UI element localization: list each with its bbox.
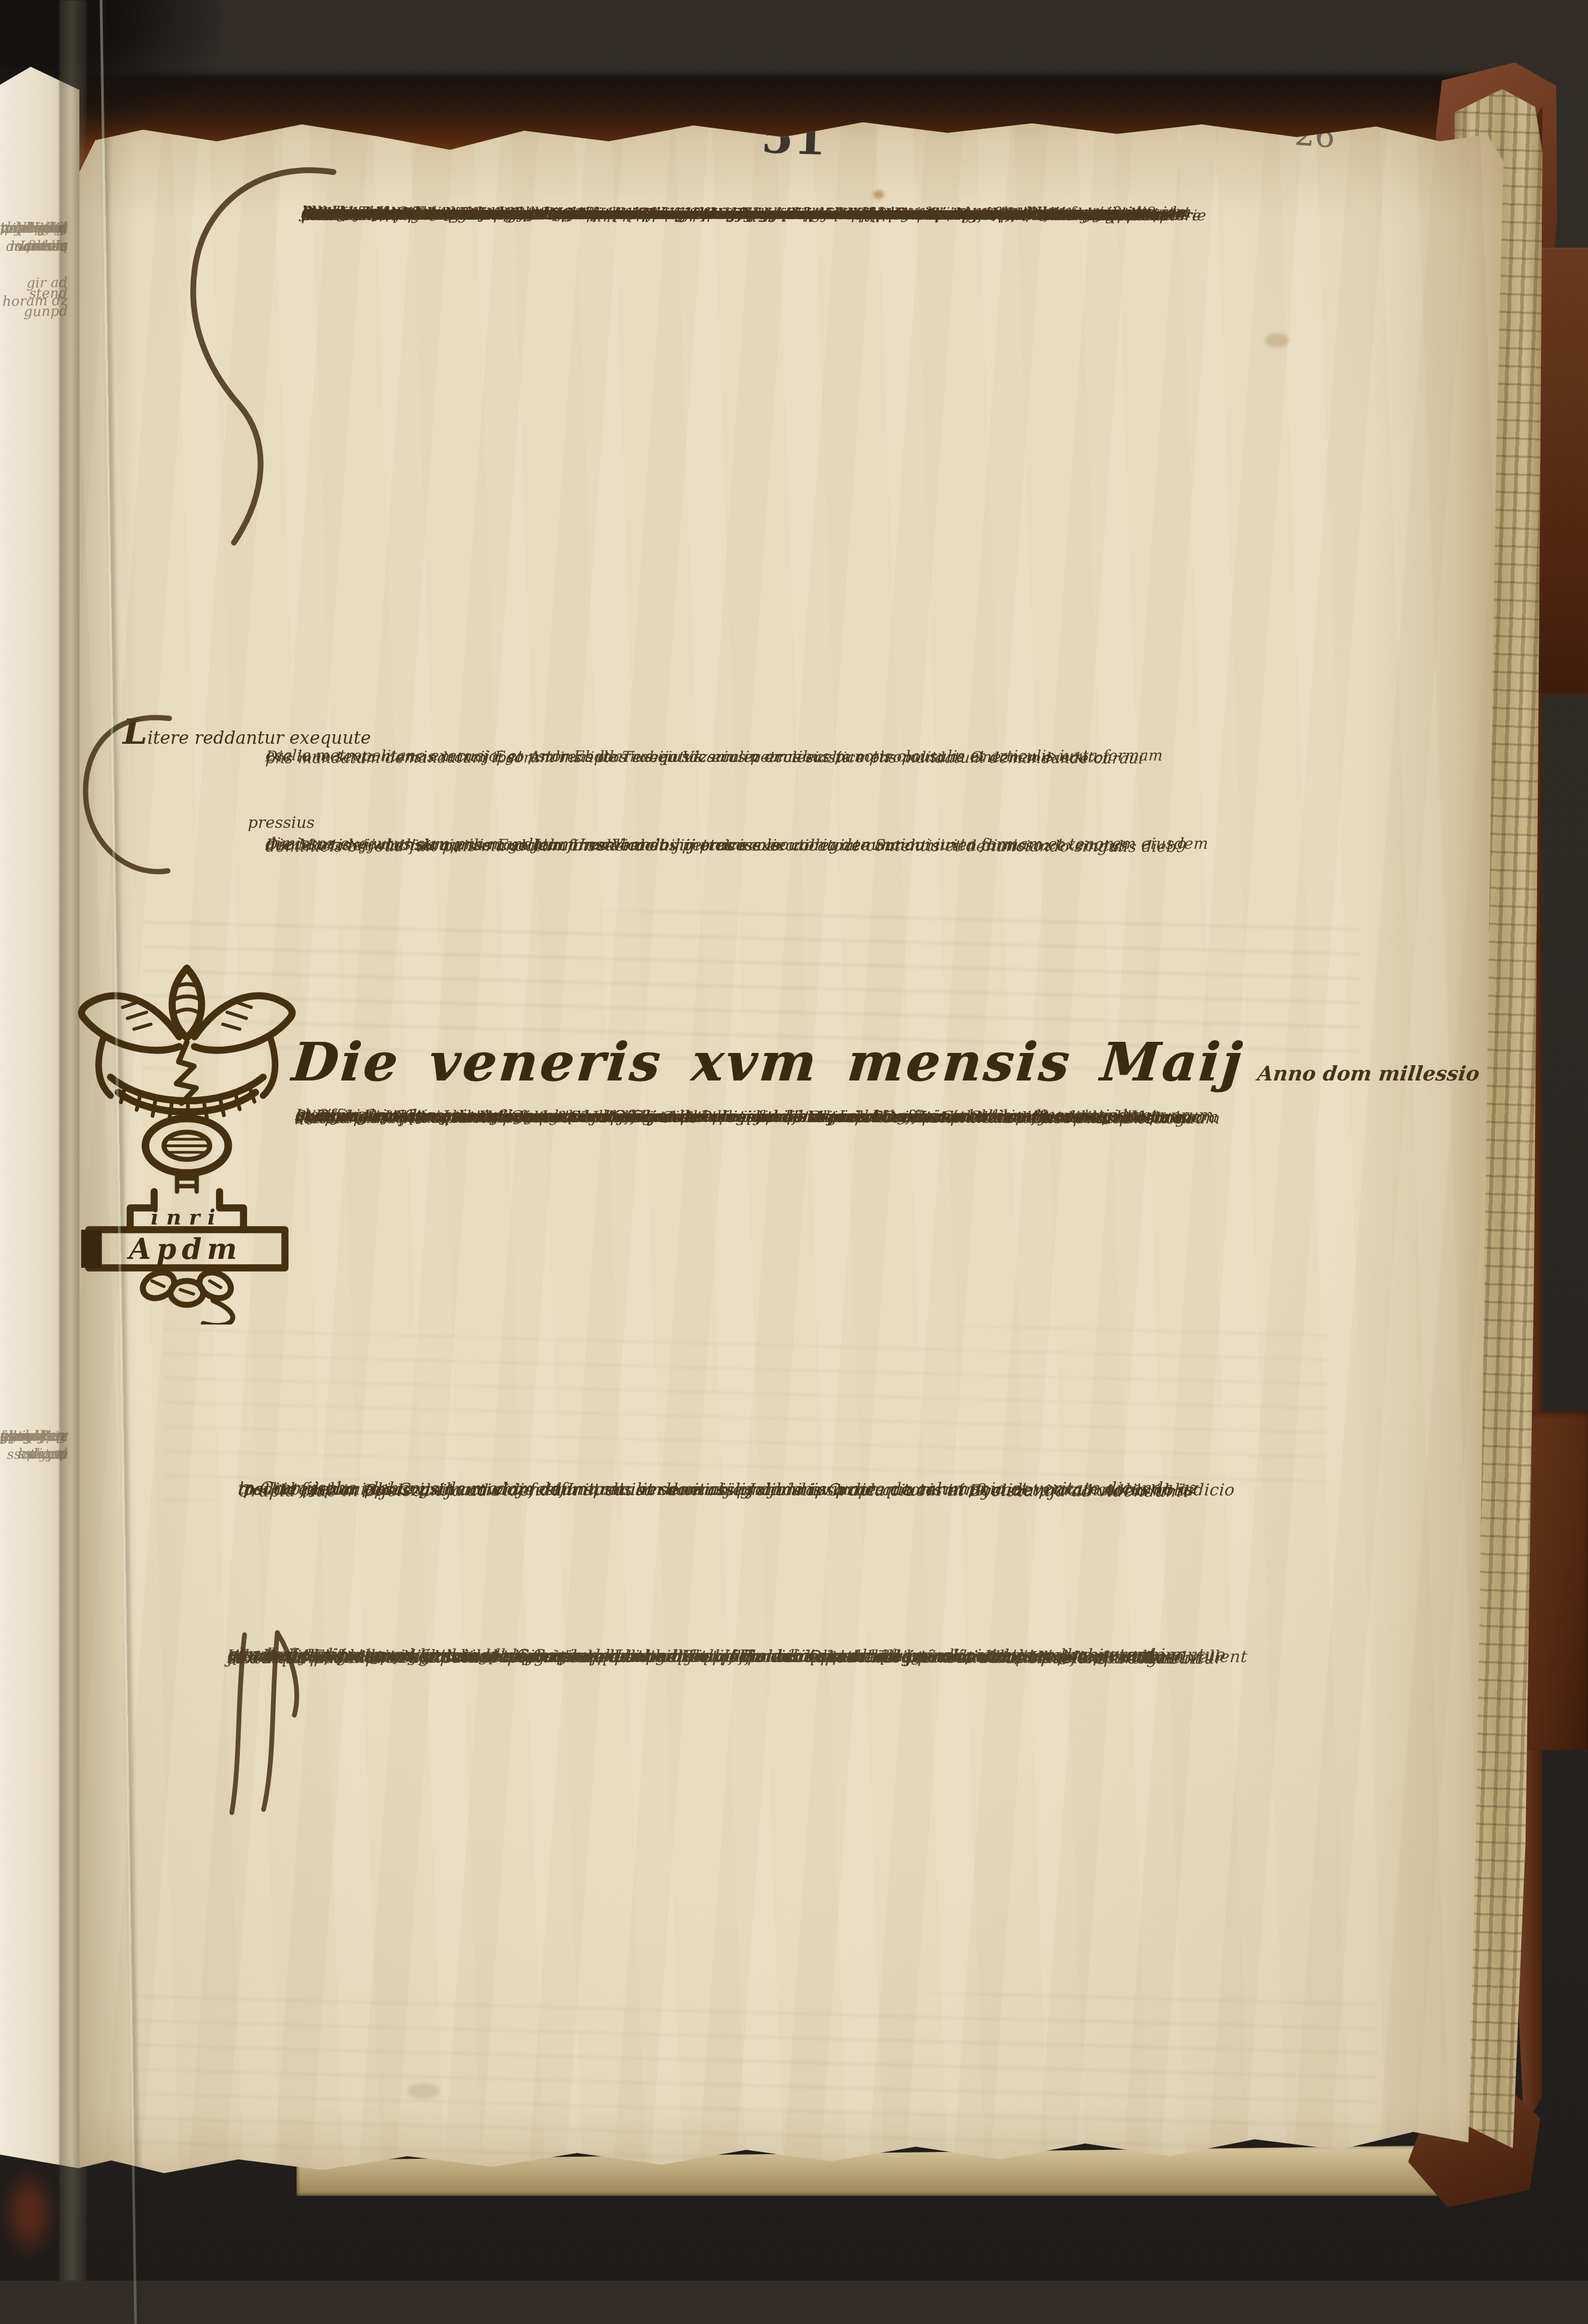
bottom-left-leather-bit [0, 2165, 58, 2260]
ornament-band-end-block [81, 1230, 102, 1268]
text-line: monendij Et gratuiter fecisse vt supra [227, 1640, 555, 1674]
margin-fragment: xpak [0, 1427, 39, 1445]
ink-show-through [132, 1993, 1376, 2168]
ornament-band2-letters: Apdm [127, 1232, 242, 1266]
paper-stain [873, 191, 884, 199]
heading-anno-small: Anno dom millessio [1256, 1061, 1481, 1085]
paper-stain [1265, 334, 1289, 347]
margin-fragment: pako [0, 219, 39, 237]
entry-heading: Die veneris xvm mensis Maij Anno dom mil… [292, 1031, 1478, 1093]
text-line: decretorzdej wladislauiensem sedem forma… [265, 833, 781, 858]
photographed-book-scene: alis ad Instamablit sc atessegir ad hora… [0, 0, 1588, 2281]
notary-mark: inri Apdm [62, 954, 311, 1325]
text-line-pressius: pressius [248, 814, 314, 832]
paper-stain [408, 2083, 439, 2099]
text-line: pijlssub et Johanne de Uwerznow Consisto… [294, 1104, 699, 1129]
heading-date-large: Die veneris xvm mensis Maij [290, 1031, 1247, 1093]
text-line: Datum Thurzae die marte penultima mensis… [301, 201, 1174, 227]
text-line: pns mandatum demandatum ipsoram insripto… [265, 743, 1164, 770]
text-line: tradit templar opius vt in actis [237, 1473, 501, 1507]
ornament-band1-letters: inri [151, 1205, 223, 1230]
